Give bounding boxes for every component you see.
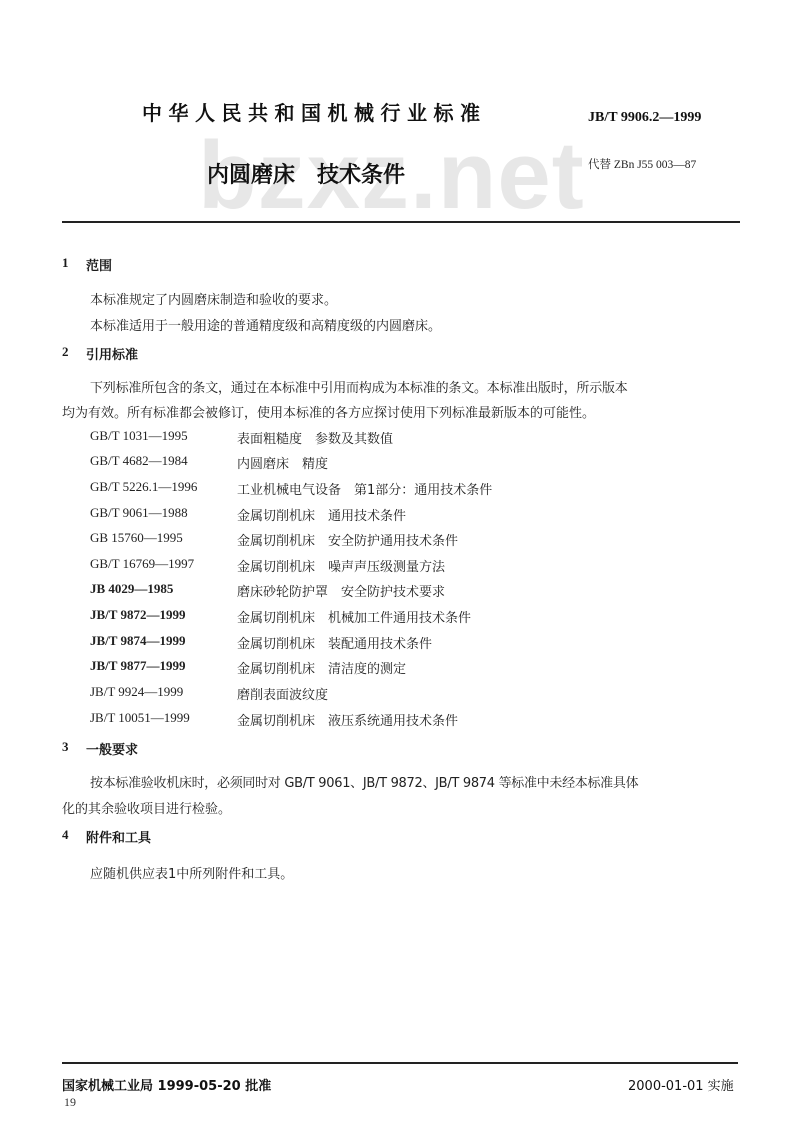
paragraph-line: 下列标准所包含的条文，通过在本标准中引用而构成为本标准的条文。本标准出版时，所示…	[90, 377, 628, 396]
reference-title: 金属切削机床 噪声声压级测量方法	[237, 556, 445, 575]
reference-title: 工业机械电气设备 第1部分：通用技术条件	[237, 479, 492, 498]
reference-title: 磨削表面波纹度	[237, 684, 328, 703]
section-title: 引用标准	[86, 344, 138, 363]
paragraph: 本标准适用于一般用途的普通精度级和高精度级的内圆磨床。	[90, 315, 441, 334]
implementation-date: 2000-01-01 实施	[628, 1075, 734, 1094]
reference-title: 表面粗糙度 参数及其数值	[237, 428, 393, 447]
reference-code: GB/T 5226.1—1996	[90, 479, 197, 495]
org-title: 中华人民共和国机械行业标准	[142, 97, 487, 126]
paragraph: 应随机供应表1中所列附件和工具。	[90, 863, 293, 882]
reference-code: GB/T 16769—1997	[90, 556, 194, 572]
section-number: 1	[62, 255, 69, 271]
reference-code: GB 15760—1995	[90, 530, 183, 546]
page-number: 19	[64, 1095, 76, 1110]
reference-code: JB/T 10051—1999	[90, 710, 190, 726]
paragraph-line: 按本标准验收机床时，必须同时对 GB/T 9061、JB/T 9872、JB/T…	[90, 772, 638, 791]
section-number: 4	[62, 827, 69, 843]
approval-note: 国家机械工业局 1999-05-20 批准	[62, 1075, 271, 1094]
reference-title: 金属切削机床 装配通用技术条件	[237, 633, 432, 652]
section-title: 范围	[86, 255, 112, 274]
reference-code: JB/T 9874—1999	[90, 633, 185, 649]
standard-code: JB/T 9906.2—1999	[588, 110, 701, 126]
reference-title: 金属切削机床 通用技术条件	[237, 505, 406, 524]
document-title: 内圆磨床 技术条件	[207, 158, 405, 189]
header-divider	[62, 221, 740, 223]
reference-title: 金属切削机床 清洁度的测定	[237, 658, 406, 677]
reference-title: 磨床砂轮防护罩 安全防护技术要求	[237, 581, 445, 600]
reference-code: JB/T 9877—1999	[90, 658, 185, 674]
reference-code: GB/T 9061—1988	[90, 505, 188, 521]
paragraph-line: 均为有效。所有标准都会被修订，使用本标准的各方应探讨使用下列标准最新版本的可能性…	[62, 402, 595, 421]
section-title: 一般要求	[86, 739, 138, 758]
section-title: 附件和工具	[86, 827, 151, 846]
reference-title: 内圆磨床 精度	[237, 453, 328, 472]
section-number: 3	[62, 739, 69, 755]
paragraph: 本标准规定了内圆磨床制造和验收的要求。	[90, 289, 337, 308]
reference-title: 金属切削机床 机械加工件通用技术条件	[237, 607, 471, 626]
reference-code: JB/T 9872—1999	[90, 607, 185, 623]
reference-code: JB 4029—1985	[90, 581, 173, 597]
footer-divider	[62, 1062, 738, 1064]
replaces-code: 代替 ZBn J55 003—87	[588, 156, 696, 172]
reference-code: JB/T 9924—1999	[90, 684, 183, 700]
paragraph-line: 化的其余验收项目进行检验。	[62, 798, 231, 817]
section-number: 2	[62, 344, 69, 360]
reference-title: 金属切削机床 液压系统通用技术条件	[237, 710, 458, 729]
reference-code: GB/T 4682—1984	[90, 453, 188, 469]
reference-code: GB/T 1031—1995	[90, 428, 188, 444]
reference-title: 金属切削机床 安全防护通用技术条件	[237, 530, 458, 549]
